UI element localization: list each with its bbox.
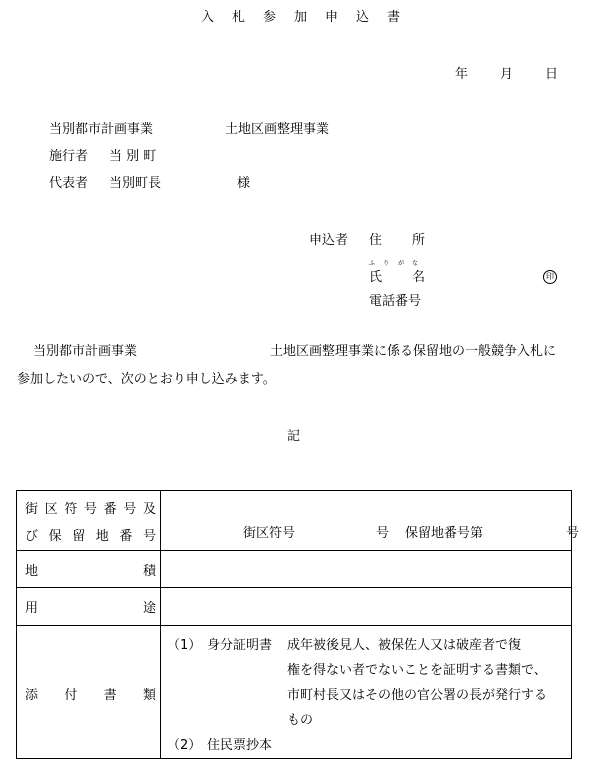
attachment-description-cont: 市町村長又はその他の官公署の長が発行する	[167, 683, 567, 708]
addressee-executor-role: 施行者	[49, 150, 88, 163]
applicant-label: 申込者	[309, 234, 348, 247]
label-char: 番	[119, 525, 132, 544]
date-year-label: 年	[455, 68, 468, 81]
attachment-number: （1）	[167, 633, 207, 658]
seal-icon: 印	[543, 270, 557, 284]
attachments-label: 添 付 書 類	[17, 626, 161, 759]
address-label-1: 住	[369, 234, 382, 247]
body-line-2: 参加したいので、次のとおり申し込みます。	[17, 373, 276, 386]
body-project-suffix: 土地区画整理事業に係る保留地の一般競争入札に	[270, 345, 556, 358]
lot-label: 保留地番号第	[405, 527, 483, 540]
label-char: 号	[143, 525, 156, 544]
attachment-description: 成年被後見人、被保佐人又は破産者で復	[287, 633, 567, 658]
label-char: 用	[25, 597, 38, 616]
name-label-1: 氏	[369, 271, 382, 284]
lot-suffix: 号	[566, 527, 579, 540]
addressee-representative-name: 当別町長	[109, 177, 161, 190]
lot-number-value[interactable]: 街区符号 号 保留地番号第 号	[161, 491, 572, 551]
addressee-project-suffix: 土地区画整理事業	[225, 123, 329, 136]
label-char: 区	[45, 498, 58, 517]
use-value[interactable]	[161, 588, 572, 626]
label-char: 符	[64, 498, 77, 517]
address-label-2: 所	[412, 234, 425, 247]
furigana-char: ふ	[369, 261, 375, 267]
label-char: 及	[143, 498, 156, 517]
use-label: 用 途	[17, 588, 161, 626]
block-label: 街区符号	[243, 527, 295, 540]
name-label-2: 名	[412, 271, 425, 284]
label-char: 号	[123, 498, 136, 517]
addressee-representative-role: 代表者	[49, 177, 88, 190]
label-char: 付	[64, 683, 77, 708]
attachment-description-cont: もの	[167, 708, 567, 733]
label-char: 号	[84, 498, 97, 517]
label-char: 地	[25, 560, 38, 579]
label-char: 地	[96, 525, 109, 544]
label-char: び	[25, 525, 38, 544]
furigana-char: な	[412, 261, 418, 267]
attachment-name: 住民票抄本	[207, 733, 287, 758]
phone-label: 電話番号	[369, 295, 421, 308]
label-char: 保	[49, 525, 62, 544]
addressee-executor-name: 当 別 町	[109, 150, 156, 163]
area-label: 地 積	[17, 551, 161, 588]
label-char: 留	[72, 525, 85, 544]
attachment-item: （1） 身分証明書 成年被後見人、被保佐人又は破産者で復	[167, 633, 567, 658]
date-day-label: 日	[545, 68, 558, 81]
attachment-description-cont: 権を得ない者でないことを証明する書類で、	[167, 658, 567, 683]
furigana-char: り	[383, 261, 389, 267]
label-char: 途	[143, 597, 156, 616]
label-char: 番	[104, 498, 117, 517]
table-row-attachments: 添 付 書 類 （1） 身分証明書 成年被後見人、被保佐人又は破産者で復 権を得…	[17, 626, 572, 759]
addressee-honorific: 様	[237, 177, 250, 190]
application-table: 街 区 符 号 番 号 及 び 保 留 地 番 号	[16, 490, 572, 759]
attachment-number: （2）	[167, 733, 207, 758]
table-row-use: 用 途	[17, 588, 572, 626]
label-char: 添	[25, 683, 38, 708]
label-char: 類	[143, 683, 156, 708]
addressee-project-prefix: 当別都市計画事業	[49, 123, 153, 136]
ki-heading: 記	[287, 430, 300, 443]
table-row-area: 地 積	[17, 551, 572, 588]
table-row-lot-number: 街 区 符 号 番 号 及 び 保 留 地 番 号	[17, 491, 572, 551]
label-char: 積	[143, 560, 156, 579]
lot-number-label: 街 区 符 号 番 号 及 び 保 留 地 番 号	[17, 491, 161, 551]
label-char: 街	[25, 498, 38, 517]
body-project-prefix: 当別都市計画事業	[33, 345, 137, 358]
block-suffix: 号	[376, 527, 389, 540]
label-char: 書	[104, 683, 117, 708]
furigana-char: が	[398, 261, 404, 267]
attachment-item: （2） 住民票抄本	[167, 733, 567, 758]
area-value[interactable]	[161, 551, 572, 588]
date-month-label: 月	[500, 68, 513, 81]
attachment-name: 身分証明書	[207, 633, 287, 658]
attachments-value: （1） 身分証明書 成年被後見人、被保佐人又は破産者で復 権を得ない者でないこと…	[161, 626, 572, 759]
document-title: 入札参加申込書	[0, 11, 601, 24]
